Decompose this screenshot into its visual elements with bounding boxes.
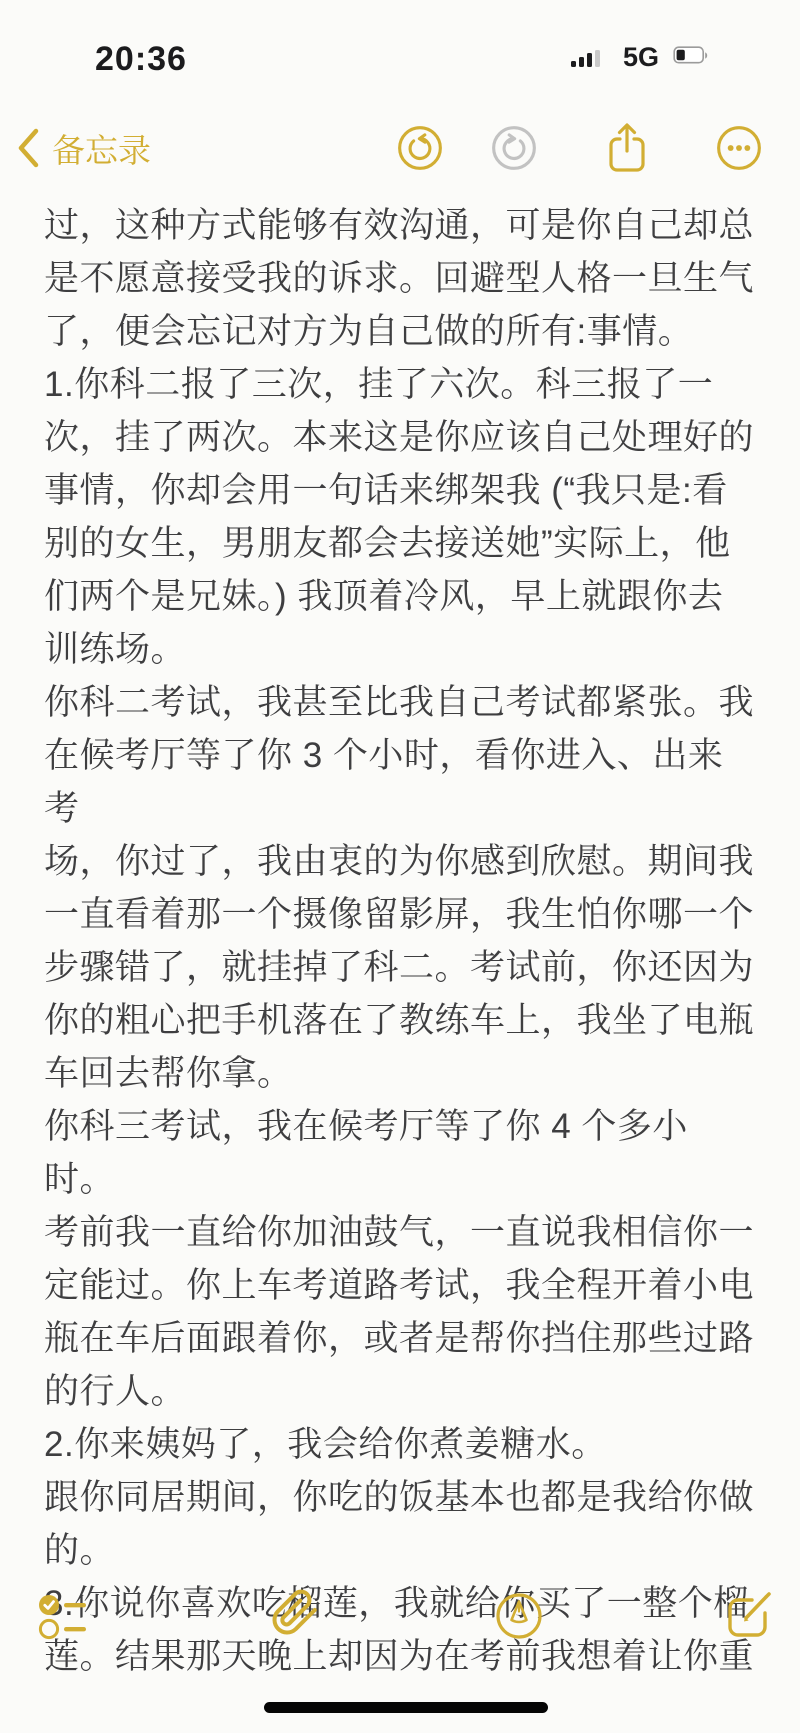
share-icon[interactable]: [606, 120, 654, 168]
status-bar: 20:36 5G: [0, 0, 800, 100]
network-type-label: 5G: [623, 42, 659, 73]
back-button-label: 备忘录: [52, 125, 151, 172]
more-icon[interactable]: [715, 124, 763, 172]
clock: 20:36: [95, 40, 187, 79]
nav-bar: 备忘录: [0, 112, 800, 184]
back-button[interactable]: 备忘录: [14, 112, 151, 184]
redo-icon[interactable]: [490, 124, 538, 172]
signal-bar: [579, 57, 584, 67]
battery-icon: [673, 46, 710, 65]
chevron-left-icon: [14, 126, 42, 170]
bottom-toolbar: [0, 1582, 800, 1652]
signal-bar: [595, 50, 600, 67]
checklist-icon[interactable]: [36, 1588, 90, 1648]
attachment-icon[interactable]: [268, 1586, 322, 1646]
note-text-area[interactable]: 过，这种方式能够有效沟通，可是你自己却总 是不愿意接受我的诉求。回避型人格一旦生…: [44, 199, 756, 1683]
markup-icon[interactable]: [492, 1586, 546, 1646]
home-indicator[interactable]: [264, 1702, 548, 1713]
notes-app-screen: 20:36 5G 备忘录: [0, 0, 800, 1733]
undo-icon[interactable]: [396, 124, 444, 172]
compose-icon[interactable]: [722, 1584, 776, 1644]
signal-strength-icon: [571, 50, 600, 67]
signal-bar: [571, 61, 576, 67]
signal-bar: [587, 53, 592, 67]
